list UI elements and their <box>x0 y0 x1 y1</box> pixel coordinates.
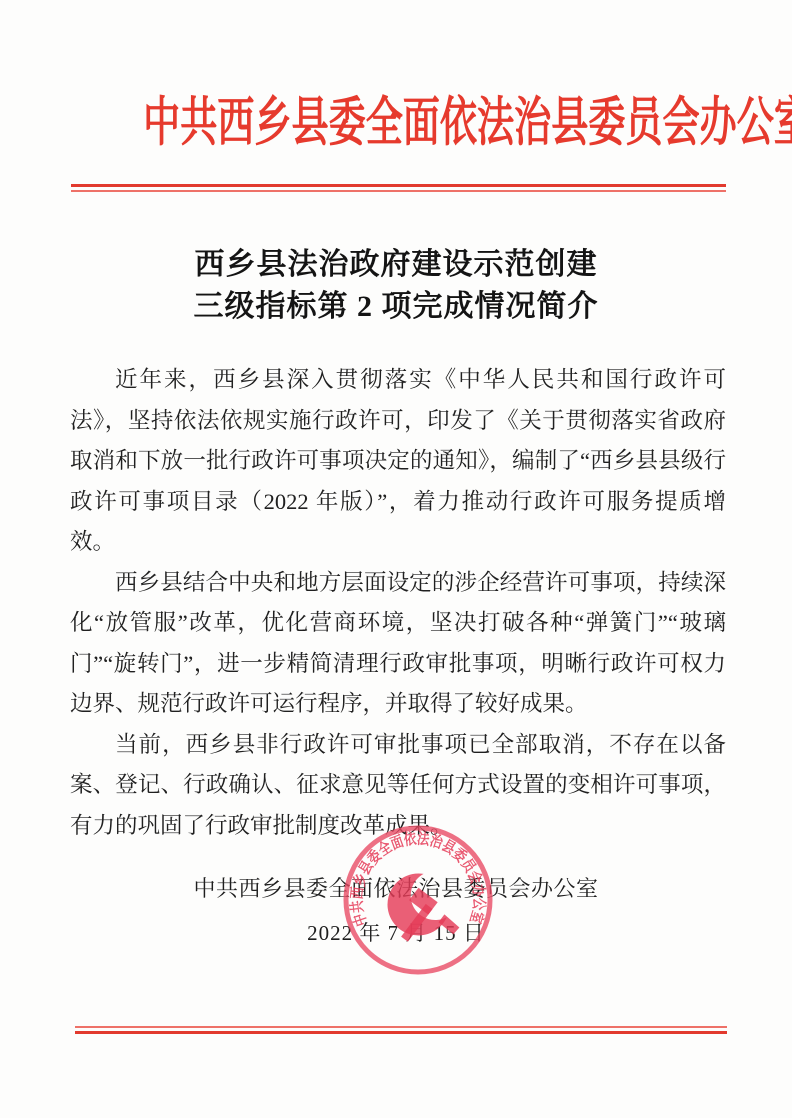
document-title-line-1: 西乡县法治政府建设示范创建 <box>0 244 792 286</box>
document-title-line-2: 三级指标第 2 项完成情况简介 <box>0 286 792 328</box>
document-page: 中共西乡县委全面依法治县委员会办公室 西乡县法治政府建设示范创建 三级指标第 2… <box>0 0 792 1118</box>
letterhead-org-name: 中共西乡县委全面依法治县委员会办公室 <box>143 94 792 152</box>
document-title: 西乡县法治政府建设示范创建 三级指标第 2 项完成情况简介 <box>0 244 792 328</box>
top-rule-thin <box>71 190 726 192</box>
document-body: 近年来，西乡县深入贯彻落实《中华人民共和国行政许可法》，坚持依法依规实施行政许可… <box>70 360 726 846</box>
signature-org-name: 中共西乡县委全面依法治县委员会办公室 <box>0 874 792 904</box>
top-rule-thick <box>71 184 726 187</box>
signature-block: 中共西乡县委全面依法治县委员会办公室 2022 年 7 月 15 日 <box>0 874 792 948</box>
bottom-rule-thin <box>75 1026 727 1028</box>
signature-date: 2022 年 7 月 15 日 <box>0 918 792 948</box>
body-paragraph-1: 近年来，西乡县深入贯彻落实《中华人民共和国行政许可法》，坚持依法依规实施行政许可… <box>70 360 726 563</box>
bottom-rule-thick <box>75 1031 727 1034</box>
letterhead: 中共西乡县委全面依法治县委员会办公室 <box>0 94 792 152</box>
body-paragraph-2: 西乡县结合中央和地方层面设定的涉企经营许可事项，持续深化“放管服”改革，优化营商… <box>70 563 726 725</box>
body-paragraph-3: 当前，西乡县非行政许可审批事项已全部取消，不存在以备案、登记、行政确认、征求意见… <box>70 725 726 847</box>
